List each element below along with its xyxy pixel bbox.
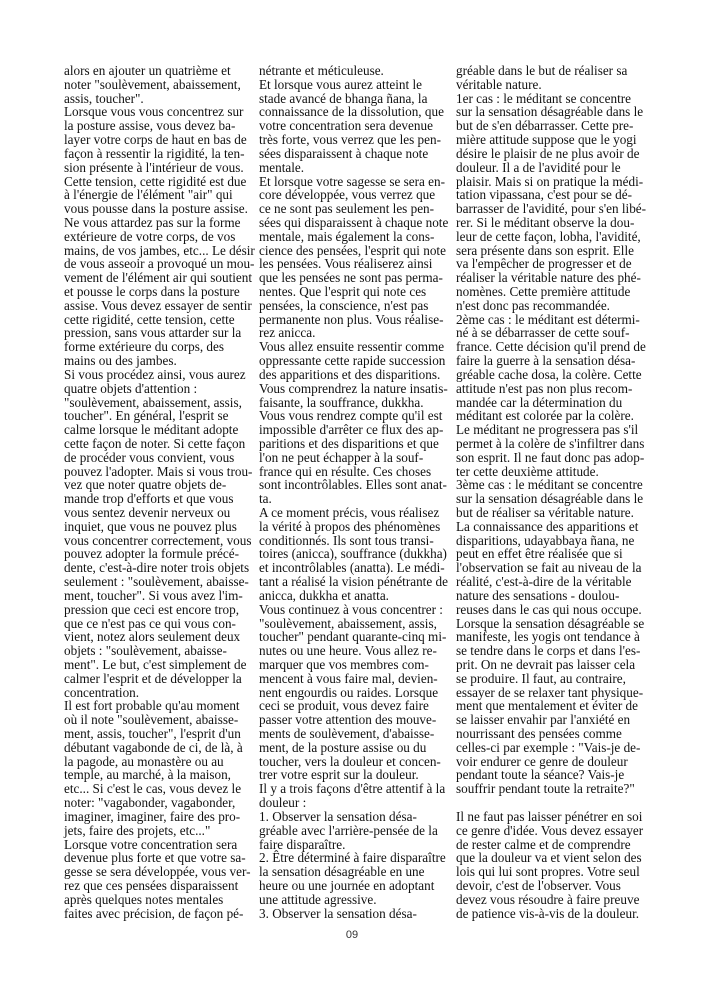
text-line: gréable cache dosa, la colère. Cette (456, 368, 652, 382)
text-line: devenue plus forte et que votre sa- (64, 851, 260, 865)
text-line: toires (anicca), souffrance (dukkha) (259, 547, 455, 561)
text-line: pouvez adopter la formule précé- (64, 547, 260, 561)
text-line: but de réaliser sa véritable nature. (456, 506, 652, 520)
text-line: alors en ajouter un quatrième et (64, 64, 260, 78)
text-line: les pensées. Vous réaliserez ainsi (259, 257, 455, 271)
text-line: vous concentrer correctement, vous (64, 534, 260, 548)
text-line: inquiet, que vous ne pouvez plus (64, 520, 260, 534)
text-line: nétrante et méticuleuse. (259, 64, 455, 78)
text-line: "soulèvement, abaissement, assis, (64, 396, 260, 410)
text-line: toucher, vers la douleur et concen- (259, 755, 455, 769)
text-line: son esprit. Il ne faut donc pas adop- (456, 451, 652, 465)
text-column-2: nétrante et méticuleuse.Et lorsque vous … (259, 64, 455, 920)
text-line: après quelques notes mentales (64, 893, 260, 907)
text-line: la vérité à propos des phénomènes (259, 520, 455, 534)
text-line: trer votre esprit sur la douleur. (259, 768, 455, 782)
text-line: vous pousse dans la posture assise. (64, 202, 260, 216)
text-line: conditionnés. Ils sont tous transi- (259, 534, 455, 548)
text-line: cience des pensées, l'esprit qui note (259, 244, 455, 258)
text-line: Vous comprendrez la nature insatis- (259, 382, 455, 396)
text-line: des apparitions et des disparitions. (259, 368, 455, 382)
text-line: extérieure de votre corps, de vos (64, 230, 260, 244)
text-line: connaissance de la dissolution, que (259, 105, 455, 119)
text-line: gréable dans le but de réaliser sa (456, 64, 652, 78)
text-line: Lorsque la sensation désagréable se (456, 617, 652, 631)
text-line: mains ou des jambes. (64, 354, 260, 368)
text-line: de procéder vous convient, vous (64, 451, 260, 465)
text-line: tant a réalisé la vision pénétrante de (259, 575, 455, 589)
text-line: stade avancé de bhanga ñana, la (259, 92, 455, 106)
text-line: prit. On ne devrait pas laisser cela (456, 658, 652, 672)
text-line: nature des sensations - doulou- (456, 589, 652, 603)
text-column-3: gréable dans le but de réaliser savérita… (456, 64, 652, 920)
text-line: que la douleur va et vient selon des (456, 851, 652, 865)
text-line: que ce n'est pas ce qui vous con- (64, 617, 260, 631)
text-line: sées disparaissent à chaque note (259, 147, 455, 161)
text-line: 3ème cas : le méditant se concentre (456, 478, 652, 492)
text-line: méditant est colorée par la colère. (456, 409, 652, 423)
text-line: mencent à vous faire mal, devien- (259, 672, 455, 686)
text-line: voir endurer ce genre de douleur (456, 755, 652, 769)
text-line: Ne vous attardez pas sur la forme (64, 216, 260, 230)
text-line: layer votre corps de haut en bas de (64, 133, 260, 147)
text-line: pression, sans vous attarder sur la (64, 326, 260, 340)
text-line: rez que ces pensées disparaissent (64, 879, 260, 893)
text-line: barrasser de l'avidité, pour s'en libé- (456, 202, 652, 216)
text-line: débutant vagabonde de ci, de là, à (64, 741, 260, 755)
text-line: rer. Si le méditant observe la dou- (456, 216, 652, 230)
text-line: tation vipassana, c'est pour se dé- (456, 188, 652, 202)
text-line: peut en effet être réalisée que si (456, 547, 652, 561)
text-line: attitude n'est pas non plus recom- (456, 382, 652, 396)
text-line: Lorsque vous vous concentrez sur (64, 105, 260, 119)
text-line: ce genre d'idée. Vous devez essayer (456, 824, 652, 838)
text-line: 1. Observer la sensation désa- (259, 810, 455, 824)
text-line: pendant toute la séance? Vais-je (456, 768, 652, 782)
text-line: mandée car la détermination du (456, 396, 652, 410)
text-line: Lorsque votre concentration sera (64, 838, 260, 852)
text-line: 3. Observer la sensation désa- (259, 907, 455, 921)
text-line: mains, de vos jambes, etc... Le désir (64, 244, 260, 258)
text-line: pouvez l'adopter. Mais si vous trou- (64, 465, 260, 479)
text-line: gesse se sera développée, vous ver- (64, 865, 260, 879)
text-line: de vous asseoir a provoqué un mou- (64, 257, 260, 271)
text-line: oppressante cette rapide succession (259, 354, 455, 368)
text-line: n'est donc pas recommandée. (456, 299, 652, 313)
text-line: où il note "soulèvement, abaisse- (64, 713, 260, 727)
text-line: ments de soulèvement, d'abaisse- (259, 727, 455, 741)
text-line: Le méditant ne progressera pas s'il (456, 423, 652, 437)
text-line: celles-ci par exemple : "Vais-je de- (456, 741, 652, 755)
text-line: calme lorsque le méditant adopte (64, 423, 260, 437)
text-line: façon à ressentir la rigidité, la ten- (64, 147, 260, 161)
text-line: toucher" pendant quarante-cinq mi- (259, 630, 455, 644)
text-line: de patience vis-à-vis de la douleur. (456, 907, 652, 921)
text-line: ce ne sont pas seulement les pen- (259, 202, 455, 216)
text-line: très forte, vous verrez que les pen- (259, 133, 455, 147)
text-line: paritions et des disparitions et que (259, 437, 455, 451)
text-line: Et lorsque votre sagesse se sera en- (259, 175, 455, 189)
text-line: gréable avec l'arrière-pensée de la (259, 824, 455, 838)
text-line: nutes ou une heure. Vous allez re- (259, 644, 455, 658)
text-line: ment". Le but, c'est simplement de (64, 658, 260, 672)
text-line: réaliser la véritable nature des phé- (456, 271, 652, 285)
text-line: mentale, mais également la cons- (259, 230, 455, 244)
text-line: reuses dans le cas qui nous occupe. (456, 603, 652, 617)
text-line: nent engourdis ou raides. Lorsque (259, 686, 455, 700)
text-line: cette rigidité, cette tension, cette (64, 313, 260, 327)
text-line: france qui en résulte. Ces choses (259, 465, 455, 479)
text-line: impossible d'arrêter ce flux des ap- (259, 423, 455, 437)
text-line: et incontrôlables (anatta). Le médi- (259, 561, 455, 575)
text-line: nourrissant des pensées comme (456, 727, 652, 741)
text-line: sur la sensation désagréable dans le (456, 105, 652, 119)
text-line: la pagode, au monastère ou au (64, 755, 260, 769)
text-line: faites avec précision, de façon pé- (64, 907, 260, 921)
text-line: souffrir pendant toute la retraite?" (456, 782, 652, 796)
text-line: toucher". En général, l'esprit se (64, 409, 260, 423)
text-line: "soulèvement, abaissement, assis, (259, 617, 455, 631)
text-line: se tendre dans le corps et dans l'es- (456, 644, 652, 658)
text-line: Il y a trois façons d'être attentif à la (259, 782, 455, 796)
text-line: sion présente à l'intérieur de vous. (64, 161, 260, 175)
text-line: nentes. Que l'esprit qui note ces (259, 285, 455, 299)
text-line: la sensation désagréable en une (259, 865, 455, 879)
text-line: assise. Vous devez essayer de sentir (64, 299, 260, 313)
text-line: une attitude agressive. (259, 893, 455, 907)
text-line: seulement : "soulèvement, abaisse- (64, 575, 260, 589)
text-line: La connaissance des apparitions et (456, 520, 652, 534)
text-line: devoir, c'est de l'observer. Vous (456, 879, 652, 893)
text-line: douleur. Il a de l'avidité pour le (456, 161, 652, 175)
text-line: devez vous résoudre à faire preuve (456, 893, 652, 907)
text-line: concentration. (64, 686, 260, 700)
text-line: se produire. Il faut, au contraire, (456, 672, 652, 686)
text-line: anicca, dukkha et anatta. (259, 589, 455, 603)
text-line: Il ne faut pas laisser pénétrer en soi (456, 810, 652, 824)
text-line: ter cette deuxième attitude. (456, 465, 652, 479)
text-line: vient, notez alors seulement deux (64, 630, 260, 644)
text-line: marquer que vos membres com- (259, 658, 455, 672)
text-line: né à se débarrasser de cette souf- (456, 326, 652, 340)
text-line: quatre objets d'attention : (64, 382, 260, 396)
text-line: 1er cas : le méditant se concentre (456, 92, 652, 106)
text-line: sont incontrôlables. Elles sont anat- (259, 478, 455, 492)
text-line: plaisir. Mais si on pratique la médi- (456, 175, 652, 189)
document-page: alors en ajouter un quatrième etnoter "s… (0, 0, 704, 993)
text-line: se laisser envahir par l'anxiété en (456, 713, 652, 727)
text-line: pression que ceci est encore trop, (64, 603, 260, 617)
text-line: sera présente dans son esprit. Elle (456, 244, 652, 258)
text-line: Il est fort probable qu'au moment (64, 699, 260, 713)
text-line: imaginer, imaginer, faire des pro- (64, 810, 260, 824)
text-line: Vous allez ensuite ressentir comme (259, 340, 455, 354)
text-line: permet à la colère de s'infiltrer dans (456, 437, 652, 451)
text-line: lois qui lui sont propres. Votre seul (456, 865, 652, 879)
text-line: de rester calme et de comprendre (456, 838, 652, 852)
text-line: ceci se produit, vous devez faire (259, 699, 455, 713)
text-line: Vous continuez à vous concentrer : (259, 603, 455, 617)
text-line: désire le plaisir de ne plus avoir de (456, 147, 652, 161)
text-line: mentale. (259, 161, 455, 175)
text-line: ment que mentalement et éviter de (456, 699, 652, 713)
text-line: core développée, vous verrez que (259, 188, 455, 202)
text-line: vous sentez devenir nerveux ou (64, 506, 260, 520)
text-line: 2ème cas : le méditant est détermi- (456, 313, 652, 327)
text-line: ment, assis, toucher", l'esprit d'un (64, 727, 260, 741)
text-line: 2. Être déterminé à faire disparaître (259, 851, 455, 865)
text-line: l'observation se fait au niveau de la (456, 561, 652, 575)
text-line: dente, c'est-à-dire noter trois objets (64, 561, 260, 575)
text-line: cette façon de noter. Si cette façon (64, 437, 260, 451)
text-line: sées qui disparaissent à chaque note (259, 216, 455, 230)
text-line: réalité, c'est-à-dire de la véritable (456, 575, 652, 589)
text-line: nomènes. Cette première attitude (456, 285, 652, 299)
text-line: ment, toucher". Si vous avez l'im- (64, 589, 260, 603)
text-line: heure ou une journée en adoptant (259, 879, 455, 893)
text-line: essayer de se relaxer tant physique- (456, 686, 652, 700)
text-line: Cette tension, cette rigidité est due (64, 175, 260, 189)
text-line: la posture assise, vous devez ba- (64, 119, 260, 133)
text-line: france. Cette décision qu'il prend de (456, 340, 652, 354)
text-line: mande trop d'efforts et que vous (64, 492, 260, 506)
text-line: Si vous procédez ainsi, vous aurez (64, 368, 260, 382)
text-line: etc... Si c'est le cas, vous devez le (64, 782, 260, 796)
text-line: A ce moment précis, vous réalisez (259, 506, 455, 520)
text-line: Et lorsque vous aurez atteint le (259, 78, 455, 92)
text-line: pensées, la conscience, n'est pas (259, 299, 455, 313)
text-line: passer votre attention des mouve- (259, 713, 455, 727)
text-line: noter "soulèvement, abaissement, (64, 78, 260, 92)
text-line: vement de l'élément air qui soutient (64, 271, 260, 285)
text-line: objets : "soulèvement, abaisse- (64, 644, 260, 658)
text-line: et pousse le corps dans la posture (64, 285, 260, 299)
text-line: l'on ne peut échapper à la souf- (259, 451, 455, 465)
text-line: vez que noter quatre objets de- (64, 478, 260, 492)
text-line: sur la sensation désagréable dans le (456, 492, 652, 506)
text-line: douleur : (259, 796, 455, 810)
page-number: 09 (0, 929, 704, 941)
text-line: disparitions, udayabbaya ñana, ne (456, 534, 652, 548)
text-line: véritable nature. (456, 78, 652, 92)
text-column-1: alors en ajouter un quatrième etnoter "s… (64, 64, 260, 920)
text-line: assis, toucher". (64, 92, 260, 106)
text-line: faire disparaître. (259, 838, 455, 852)
text-line: va l'empêcher de progresser et de (456, 257, 652, 271)
text-line: rez anicca. (259, 326, 455, 340)
text-line: noter: "vagabonder, vagabonder, (64, 796, 260, 810)
text-line: que les pensées ne sont pas perma- (259, 271, 455, 285)
text-line: temple, au marché, à la maison, (64, 768, 260, 782)
text-line: calmer l'esprit et de développer la (64, 672, 260, 686)
paragraph-gap (456, 796, 652, 810)
text-line: mière attitude suppose que le yogi (456, 133, 652, 147)
text-line: faire la guerre à la sensation désa- (456, 354, 652, 368)
text-line: permanente non plus. Vous réalise- (259, 313, 455, 327)
text-line: leur de cette façon, lobha, l'avidité, (456, 230, 652, 244)
text-line: votre concentration sera devenue (259, 119, 455, 133)
text-line: forme extérieure du corps, des (64, 340, 260, 354)
text-line: ment, de la posture assise ou du (259, 741, 455, 755)
text-line: faisante, la souffrance, dukkha. (259, 396, 455, 410)
text-line: Vous vous rendrez compte qu'il est (259, 409, 455, 423)
text-line: manifeste, les yogis ont tendance à (456, 630, 652, 644)
text-line: à l'énergie de l'élément "air" qui (64, 188, 260, 202)
text-line: ta. (259, 492, 455, 506)
text-line: but de s'en débarrasser. Cette pre- (456, 119, 652, 133)
text-line: jets, faire des projets, etc..." (64, 824, 260, 838)
